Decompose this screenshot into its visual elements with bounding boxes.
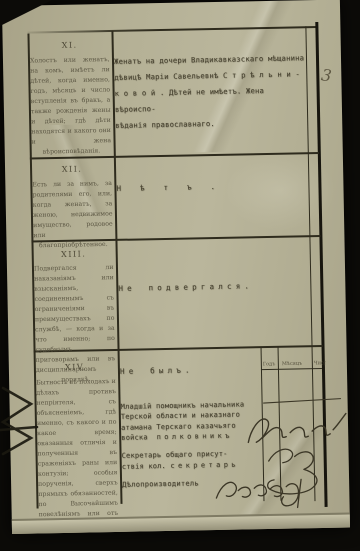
scanned-document-page: Годъ Мѣсяцъ Число XI. Холостъ или женатъ… — [0, 0, 360, 551]
secretary-signature — [267, 449, 317, 495]
ruled-dash-after-title — [264, 399, 341, 403]
binding-stitch-marks — [0, 380, 44, 466]
paper-sheet: Годъ Мѣсяцъ Число XI. Холостъ или женатъ… — [2, 0, 350, 534]
handwriting-overlay — [2, 0, 350, 534]
scan-corner-shadow — [0, 0, 52, 26]
colonel-signature — [248, 414, 347, 443]
